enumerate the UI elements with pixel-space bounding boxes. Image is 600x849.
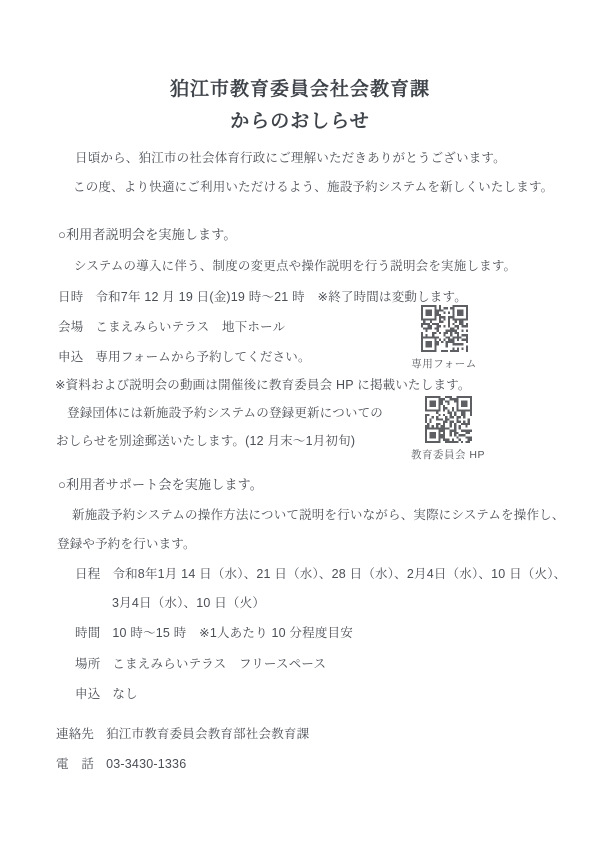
support-place-value: こまえみらいテラス フリースペース	[112, 657, 326, 671]
phone-value: 03-3430-1336	[106, 757, 186, 771]
contact-value: 狛江市教育委員会教育部社会教育課	[106, 727, 309, 741]
briefing-apply-row: 申込専用フォームから予約してください。	[58, 349, 311, 365]
contact-row: 連絡先狛江市教育委員会教育部社会教育課	[56, 726, 309, 742]
page-title-line1: 狛江市教育委員会社会教育課	[0, 74, 600, 101]
briefing-mail-note-1: 登録団体には新施設予約システムの登録更新についての	[67, 405, 383, 421]
qr-hp-block: 教育委員会 HP	[408, 396, 488, 462]
qr-hp-label: 教育委員会 HP	[408, 447, 488, 462]
support-time-row: 時間10 時～15 時 ※1人あたり 10 分程度目安	[75, 625, 353, 641]
contact-label: 連絡先	[56, 726, 94, 742]
qr-form-code-icon	[421, 305, 468, 352]
briefing-apply-label: 申込	[58, 349, 83, 365]
briefing-mail-note-2: おしらせを別途郵送いたします。(12 月末～1月初旬)	[56, 433, 355, 449]
support-time-value: 10 時～15 時 ※1人あたり 10 分程度目安	[112, 626, 353, 640]
scanned-notice-page: 狛江市教育委員会社会教育課 からのおしらせ 日頃から、狛江市の社会体育行政にご理…	[0, 0, 600, 849]
page-title-line2: からのおしらせ	[0, 106, 600, 133]
support-apply-label: 申込	[75, 686, 100, 702]
support-time-label: 時間	[75, 625, 100, 641]
briefing-datetime-row: 日時令和7年 12 月 19 日(金)19 時～21 時 ※終了時間は変動します…	[58, 289, 467, 305]
support-apply-row: 申込なし	[75, 686, 138, 702]
qr-form-block: 専用フォーム	[408, 305, 480, 371]
support-description-1: 新施設予約システムの操作方法について説明を行いながら、実際にシステムを操作し、	[72, 507, 565, 523]
briefing-materials-note: ※資料および説明会の動画は開催後に教育委員会 HP に掲載いたします。	[55, 377, 471, 393]
support-schedule-value-2: 3月4日（水）、10 日（火）	[112, 595, 265, 611]
support-description-2: 登録や予約を行います。	[57, 536, 196, 552]
support-place-label: 場所	[75, 656, 100, 672]
phone-row: 電 話03-3430-1336	[56, 756, 186, 772]
briefing-apply-value: 専用フォームから予約してください。	[95, 350, 310, 364]
intro-paragraph-1: 日頃から、狛江市の社会体育行政にご理解いただきありがとうございます。	[75, 150, 506, 166]
briefing-venue-value: こまえみらいテラス 地下ホール	[95, 320, 285, 334]
support-schedule-label: 日程	[75, 566, 100, 582]
support-apply-value: なし	[112, 687, 137, 701]
briefing-venue-label: 会場	[58, 319, 83, 335]
intro-paragraph-2: この度、より快適にご利用いただけるよう、施設予約システムを新しくいたします。	[73, 179, 553, 195]
support-place-row: 場所こまえみらいテラス フリースペース	[75, 656, 326, 672]
briefing-description: システムの導入に伴う、制度の変更点や操作説明を行う説明会を実施します。	[74, 258, 516, 274]
briefing-datetime-label: 日時	[58, 289, 83, 305]
support-schedule-value-1: 令和8年1月 14 日（水）、21 日（水）、28 日（水）、2月4日（水）、1…	[112, 567, 566, 581]
phone-label: 電 話	[56, 756, 94, 772]
qr-form-label: 専用フォーム	[408, 356, 480, 371]
briefing-section-heading: ○利用者説明会を実施します。	[58, 227, 237, 243]
briefing-venue-row: 会場こまえみらいテラス 地下ホール	[58, 319, 285, 335]
support-schedule-row: 日程令和8年1月 14 日（水）、21 日（水）、28 日（水）、2月4日（水）…	[75, 566, 566, 582]
support-section-heading: ○利用者サポート会を実施します。	[58, 477, 263, 493]
briefing-datetime-value: 令和7年 12 月 19 日(金)19 時～21 時 ※終了時間は変動します。	[95, 290, 467, 304]
qr-hp-code-icon	[425, 396, 472, 443]
